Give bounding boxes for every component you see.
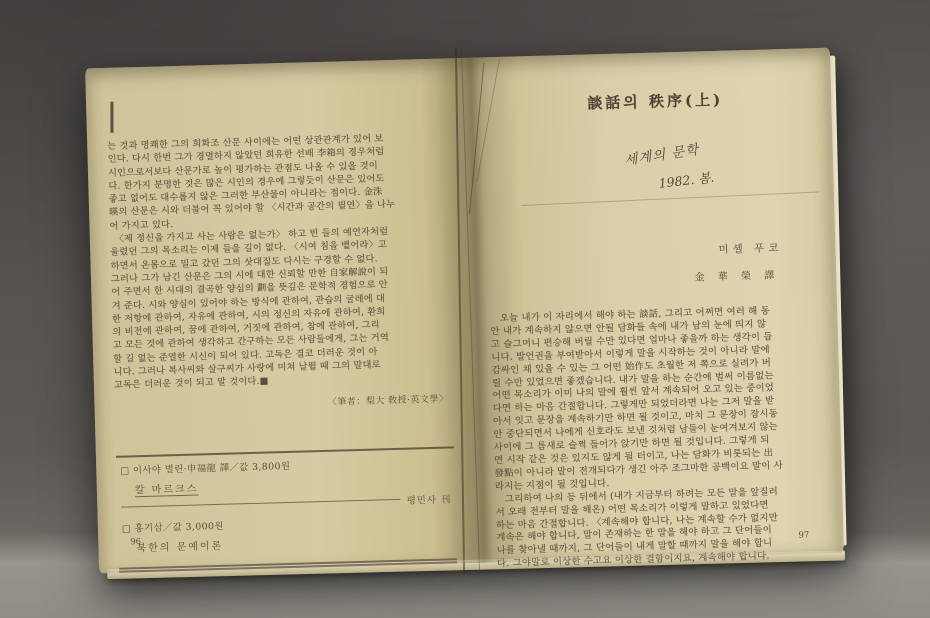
left-page: 는 것과 명쾌한 그의 희화조 산문 사이에는 어떤 상관관계가 있어 보인다.… [107,130,457,572]
left-paragraph-1: 는 것과 명쾌한 그의 희화조 산문 사이에는 어떤 상관관계가 있어 보인다.… [107,130,447,232]
author-name: 미셸 푸코 [488,239,830,264]
author-attribution: 〈筆者：梨大 敎授·英文學〉 [114,391,452,413]
photocopy-streak [454,48,464,573]
ad-item-2-info: □ 홍기삼／값 3,000원 [122,513,452,536]
ad-item-1-info: □ 이사야 벌린·申福龍 譯／값 3,800원 [120,455,450,478]
handwriting-line-1: 세계의 문학 [623,136,715,169]
ad-item-2-title: 북한의 문예이론 [136,533,452,555]
photo-backdrop: 는 것과 명쾌한 그의 희화조 산문 사이에는 어떤 상관관계가 있어 보인다.… [0,0,930,618]
book-spread: 는 것과 명쾌한 그의 희화조 산문 사이에는 어떤 상관관계가 있어 보인다.… [85,48,844,574]
right-page: 談話의 秩序(上) 세계의 문학 1982. 봄. 미셸 푸코 金 華 榮 譯 … [484,86,839,571]
left-paragraph-2: 〈제 정신을 가지고 사는 사람은 없는가〉 하고 빈 들의 예언자처럼울렸던 … [110,224,452,393]
page-number-right: 97 [798,530,809,540]
rule-line [121,499,400,508]
handwritten-note: 세계의 문학 1982. 봄. [623,141,714,190]
publisher-name: 평민사 刊 [407,491,452,506]
article-title: 談話의 秩序(上) [484,86,826,117]
pen-mark [110,102,113,133]
handwriting-line-2: 1982. 봄. [658,168,716,192]
page-number-left: 96 [130,537,141,547]
translator-name: 金 華 榮 譯 [489,265,831,290]
article-body: 오늘 내가 이 자리에서 해야 하는 談話, 그리고 어쩌면 여러 해 동안 내… [490,304,839,572]
crease-line [469,63,484,214]
photocopy-streak [461,48,480,573]
book-ads-box: □ 이사야 벌린·申福龍 譯／값 3,800원 칼 마르크스 평민사 刊 □ 홍… [116,446,457,572]
